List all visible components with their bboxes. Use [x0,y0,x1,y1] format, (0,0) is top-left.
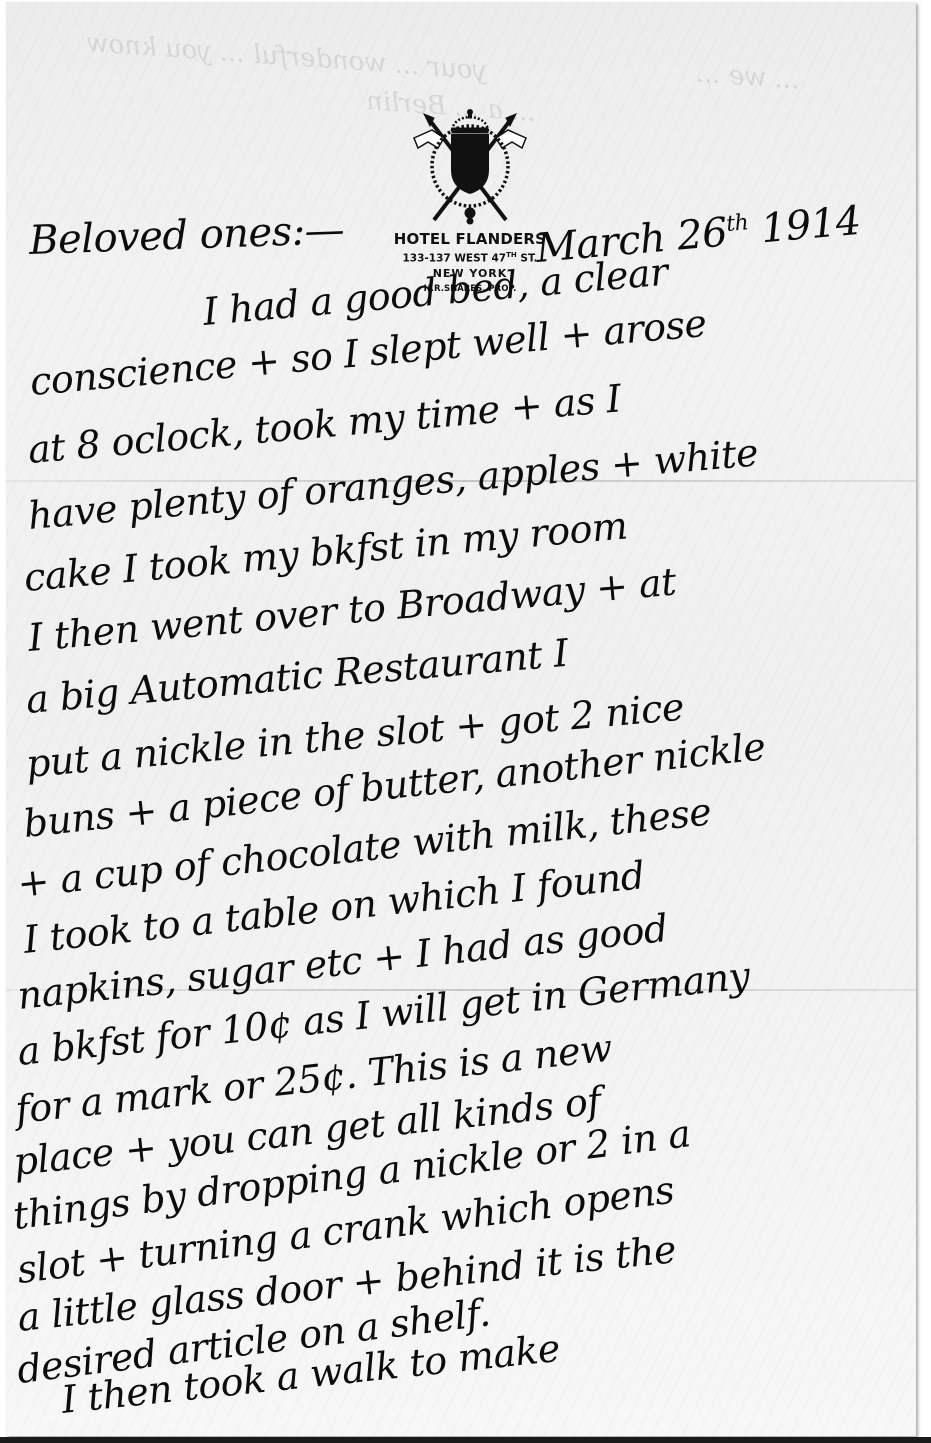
scan-bottom-edge [0,1437,931,1443]
royal-crest-icon [410,108,530,226]
bleed-through-text: your ... wonderful ... you know [85,28,488,86]
bleed-through-text: ... we ... [695,58,801,95]
